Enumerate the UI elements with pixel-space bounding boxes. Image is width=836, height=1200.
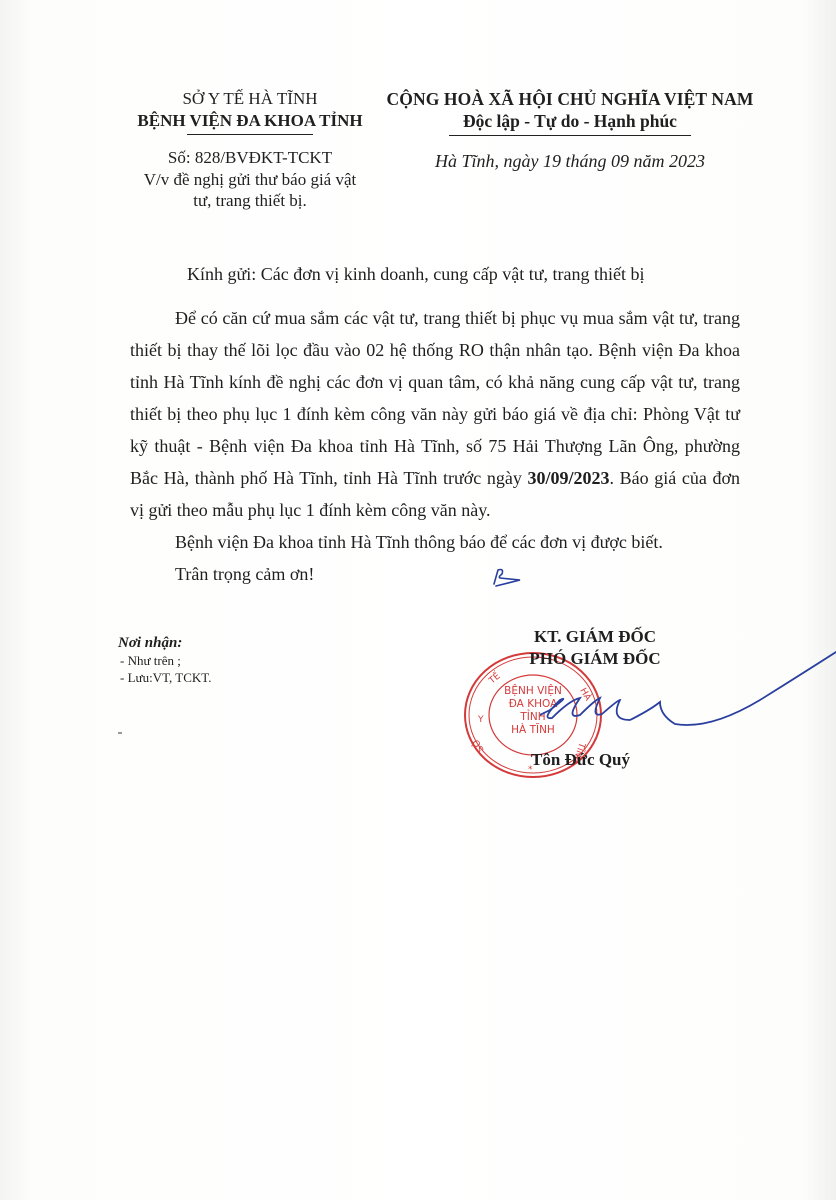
national-header: CỘNG HOÀ XÃ HỘI CHỦ NGHĨA VIỆT NAM Độc l… [360,88,780,172]
issuer-header: SỞ Y TẾ HÀ TĨNH BỆNH VIỆN ĐA KHOA TỈNH S… [100,88,400,211]
signer-name: Tôn Đức Quý [531,750,630,770]
document-page: SỞ Y TẾ HÀ TĨNH BỆNH VIỆN ĐA KHOA TỈNH S… [0,0,836,1200]
subject-line-2: tư, trang thiết bị. [140,190,360,211]
body-paragraph-2: Bệnh viện Đa khoa tỉnh Hà Tĩnh thông báo… [130,526,740,558]
subject-line-1: V/v đề nghị gửi thư báo giá vật [140,169,360,190]
handwritten-signature-icon [540,640,836,750]
nation-title: CỘNG HOÀ XÃ HỘI CHỦ NGHĨA VIỆT NAM [360,88,780,110]
salutation: Kính gửi: Các đơn vị kinh doanh, cung cấ… [187,262,644,286]
scan-mark [118,732,122,734]
recipient-item: - Như trên ; [118,652,212,669]
handwritten-initials-icon [490,566,524,588]
letter-body: Để có căn cứ mua sắm các vật tư, trang t… [130,302,740,590]
svg-text:Y: Y [477,715,484,725]
closing-line: Trân trọng cảm ơn! [130,558,740,590]
header-divider [187,134,313,135]
recipients-title: Nơi nhận: [118,634,212,652]
deadline-date: 30/09/2023 [527,468,609,488]
department-name: SỞ Y TẾ HÀ TĨNH [100,88,400,110]
recipient-item: - Lưu:VT, TCKT. [118,669,212,686]
document-subject: V/v đề nghị gửi thư báo giá vật tư, tran… [140,169,360,211]
organization-name: BỆNH VIỆN ĐA KHOA TỈNH [100,110,400,132]
national-motto: Độc lập - Tự do - Hạnh phúc [360,110,780,132]
body-paragraph-1: Để có căn cứ mua sắm các vật tư, trang t… [130,302,740,526]
motto-divider [449,135,691,136]
document-number: Số: 828/BVĐKT-TCKT [100,147,400,169]
place-and-date: Hà Tĩnh, ngày 19 tháng 09 năm 2023 [360,150,780,172]
recipients-block: Nơi nhận: - Như trên ; - Lưu:VT, TCKT. [118,634,212,686]
